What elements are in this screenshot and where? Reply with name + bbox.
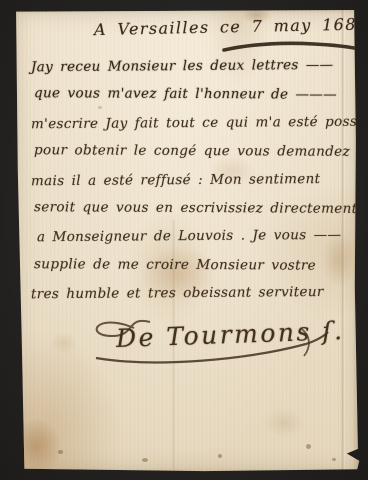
- letter-page: A Versailles ce 7 may 1682 ſ. Jay receu …: [14, 10, 360, 472]
- date-underline-flourish: [222, 40, 362, 54]
- foxing-dot: [58, 450, 63, 454]
- signature-block: De Tourmons ſ.: [76, 310, 336, 374]
- letter-line: mais il a esté reffusé : Mon sentiment: [31, 170, 357, 201]
- letter-signature: De Tourmons ſ.: [116, 316, 345, 353]
- letter-dateline: A Versailles ce 7 may 1682 ſ.: [94, 14, 368, 39]
- letter-body: Jay receu Monsieur les deux lettres —— q…: [31, 58, 357, 314]
- letter-line: pour obtenir le congé que vous demandez: [34, 142, 357, 172]
- letter-line: Jay receu Monsieur les deux lettres ——: [31, 57, 357, 88]
- foxing-dot: [218, 454, 222, 458]
- foxing-dot: [332, 458, 336, 461]
- foxing-dot: [142, 458, 148, 462]
- letter-line: m'escrire Jay fait tout ce qui m'a esté …: [31, 114, 357, 145]
- age-stain: [264, 408, 304, 438]
- letter-line: que vous m'avez fait l'honneur de ———: [34, 86, 357, 116]
- foxing-dot: [306, 444, 311, 449]
- scan-background: A Versailles ce 7 may 1682 ſ. Jay receu …: [0, 0, 368, 480]
- letter-line: seroit que vous en escrivissiez directem…: [34, 199, 357, 229]
- age-stain: [10, 418, 62, 476]
- age-stain: [50, 332, 78, 354]
- letter-line: a Monseigneur de Louvois . Je vous ——: [37, 227, 357, 258]
- letter-line: supplie de me croire Monsieur vostre: [34, 256, 357, 286]
